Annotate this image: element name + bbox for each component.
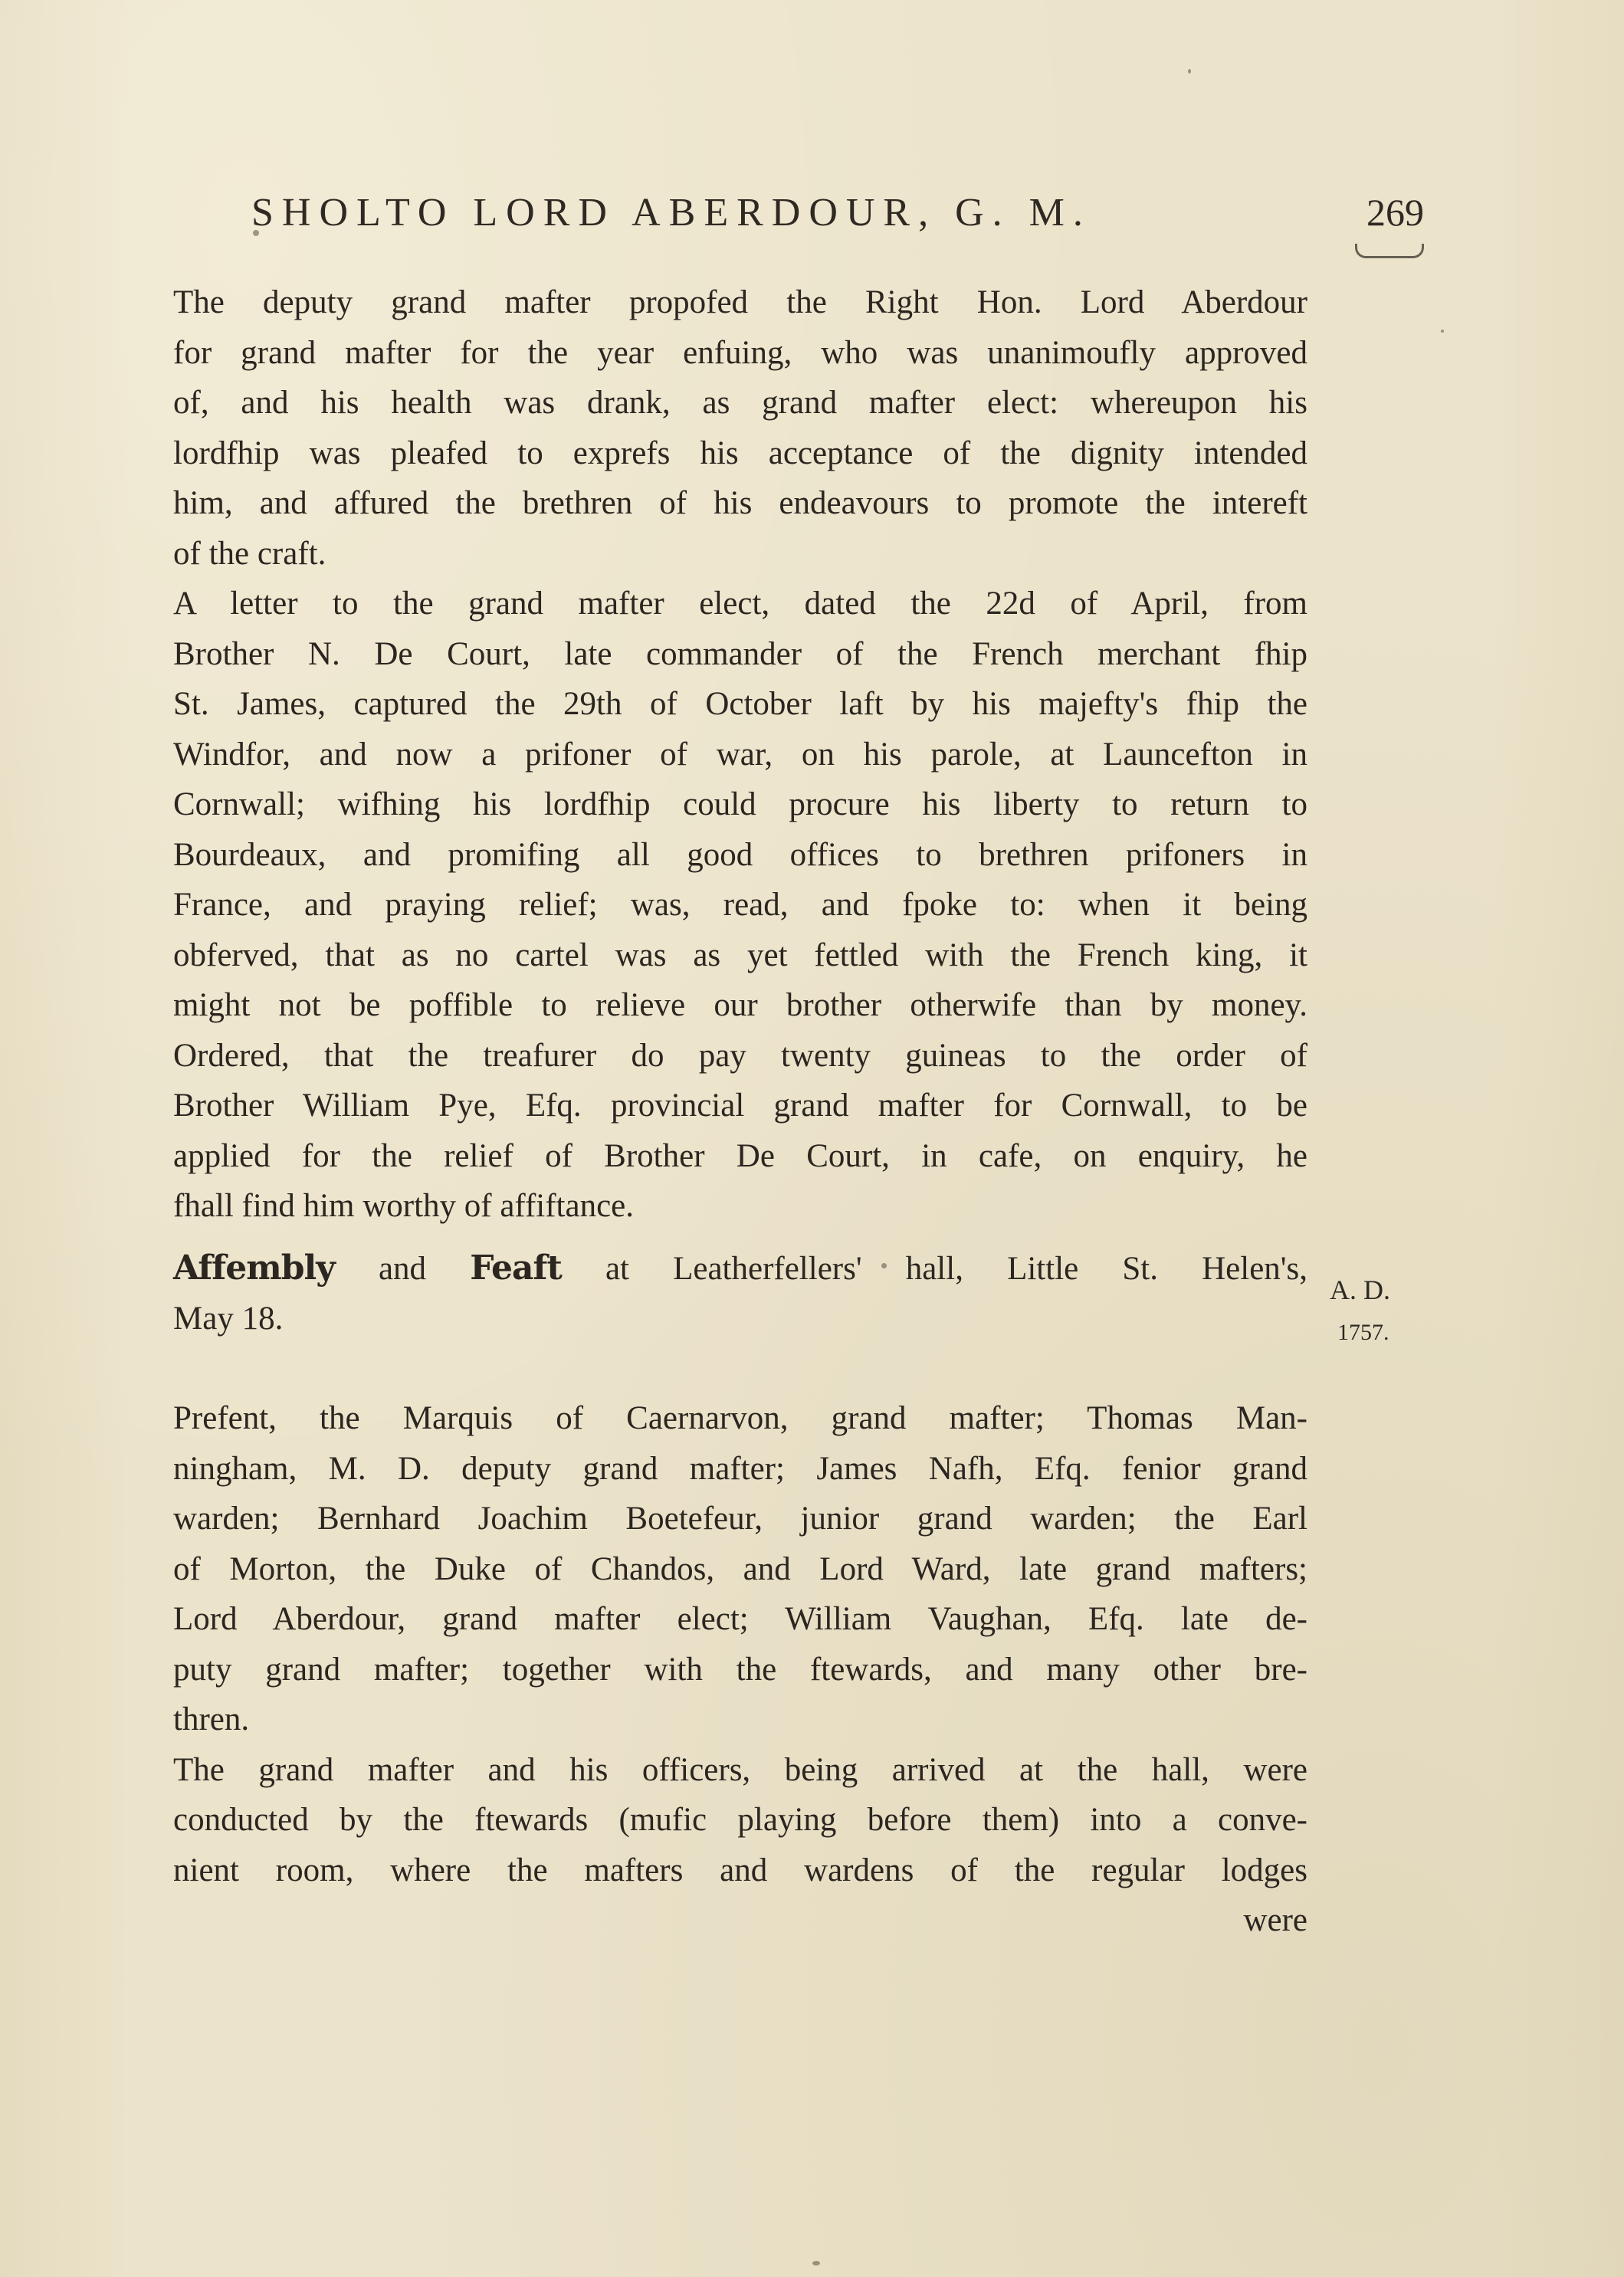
- text-line: St. James, captured the 29th of October …: [173, 679, 1307, 730]
- catchword: were: [173, 1895, 1307, 1946]
- paper-speck: [1441, 330, 1444, 333]
- text-line: puty grand mafter; together with the fte…: [173, 1645, 1307, 1695]
- paragraph-ordered: Ordered, that the treafurer do pay twent…: [173, 1031, 1307, 1232]
- text-line: lordfhip was pleafed to exprefs his acce…: [173, 428, 1307, 479]
- margin-era: A. D.: [1330, 1275, 1390, 1305]
- text-line: The grand mafter and his officers, being…: [173, 1745, 1307, 1796]
- text-line: Ordered, that the treafurer do pay twent…: [173, 1031, 1307, 1081]
- paper-speck: [1188, 69, 1191, 74]
- heading-blackletter-feast: Feaft: [470, 1248, 562, 1288]
- text-line: France, and praying relief; was, read, a…: [173, 880, 1307, 930]
- text-line: Cornwall; wifhing his lordfhip could pro…: [173, 779, 1307, 830]
- text-line: ningham, M. D. deputy grand mafter; Jame…: [173, 1444, 1307, 1494]
- paper-speck: [881, 1263, 887, 1268]
- heading-blackletter-assembly: Affembly: [173, 1248, 335, 1288]
- text-line: for grand mafter for the year enfuing, w…: [173, 328, 1307, 379]
- text-line: The deputy grand mafter propofed the Rig…: [173, 277, 1307, 328]
- heading-location: at Leatherfellers' hall, Little St. Hele…: [605, 1251, 1307, 1287]
- heading-connector: and: [379, 1251, 426, 1287]
- text-line: Windfor, and now a prifoner of war, on h…: [173, 730, 1307, 780]
- book-page: SHOLTO LORD ABERDOUR, G. M. 269 The depu…: [0, 0, 1624, 2277]
- running-title: SHOLTO LORD ABERDOUR, G. M.: [251, 190, 1091, 235]
- text-line: Brother William Pye, Efq. provincial gra…: [173, 1081, 1307, 1131]
- text-line: Lord Aberdour, grand mafter elect; Willi…: [173, 1594, 1307, 1645]
- paragraph-arrival: The grand mafter and his officers, being…: [173, 1745, 1307, 1946]
- page-number: 269: [1366, 190, 1424, 235]
- paper-speck: [812, 2261, 820, 2266]
- brace-ornament-icon: [1355, 244, 1424, 258]
- margin-year: 1757.: [1330, 1311, 1437, 1354]
- text-line: of the craft.: [173, 529, 1307, 579]
- heading-line-1: Affembly and Feaft at Leatherfellers' ha…: [173, 1243, 1307, 1294]
- text-line: applied for the relief of Brother De Cou…: [173, 1131, 1307, 1182]
- text-line: Bourdeaux, and promifing all good office…: [173, 830, 1307, 881]
- text-block-top: The deputy grand mafter propofed the Rig…: [173, 277, 1307, 1232]
- text-line: might not be poffible to relieve our bro…: [173, 980, 1307, 1031]
- text-line: fhall find him worthy of affiftance.: [173, 1181, 1307, 1232]
- text-line: him, and affured the brethren of his end…: [173, 478, 1307, 529]
- paragraph-letter: A letter to the grand mafter elect, date…: [173, 579, 1307, 1031]
- text-line: Prefent, the Marquis of Caernarvon, gran…: [173, 1393, 1307, 1444]
- running-head: SHOLTO LORD ABERDOUR, G. M. 269: [251, 190, 1424, 244]
- text-block-bottom: Prefent, the Marquis of Caernarvon, gran…: [173, 1393, 1307, 1946]
- text-line: of Morton, the Duke of Chandos, and Lord…: [173, 1544, 1307, 1595]
- text-line: obferved, that as no cartel was as yet f…: [173, 930, 1307, 981]
- heading-date: May 18.: [173, 1294, 1307, 1344]
- section-heading: Affembly and Feaft at Leatherfellers' ha…: [173, 1243, 1307, 1344]
- margin-note-year: A. D. 1757.: [1330, 1268, 1437, 1354]
- paragraph-election: The deputy grand mafter propofed the Rig…: [173, 277, 1307, 579]
- text-line: warden; Bernhard Joachim Boetefeur, juni…: [173, 1494, 1307, 1544]
- text-line: conducted by the ftewards (mufic playing…: [173, 1795, 1307, 1846]
- text-line: of, and his health was drank, as grand m…: [173, 378, 1307, 428]
- text-line: A letter to the grand mafter elect, date…: [173, 579, 1307, 629]
- paper-speck: [253, 230, 259, 236]
- text-line: Brother N. De Court, late commander of t…: [173, 629, 1307, 680]
- paragraph-present: Prefent, the Marquis of Caernarvon, gran…: [173, 1393, 1307, 1745]
- text-line: nient room, where the mafters and warden…: [173, 1846, 1307, 1896]
- text-line: thren.: [173, 1695, 1307, 1745]
